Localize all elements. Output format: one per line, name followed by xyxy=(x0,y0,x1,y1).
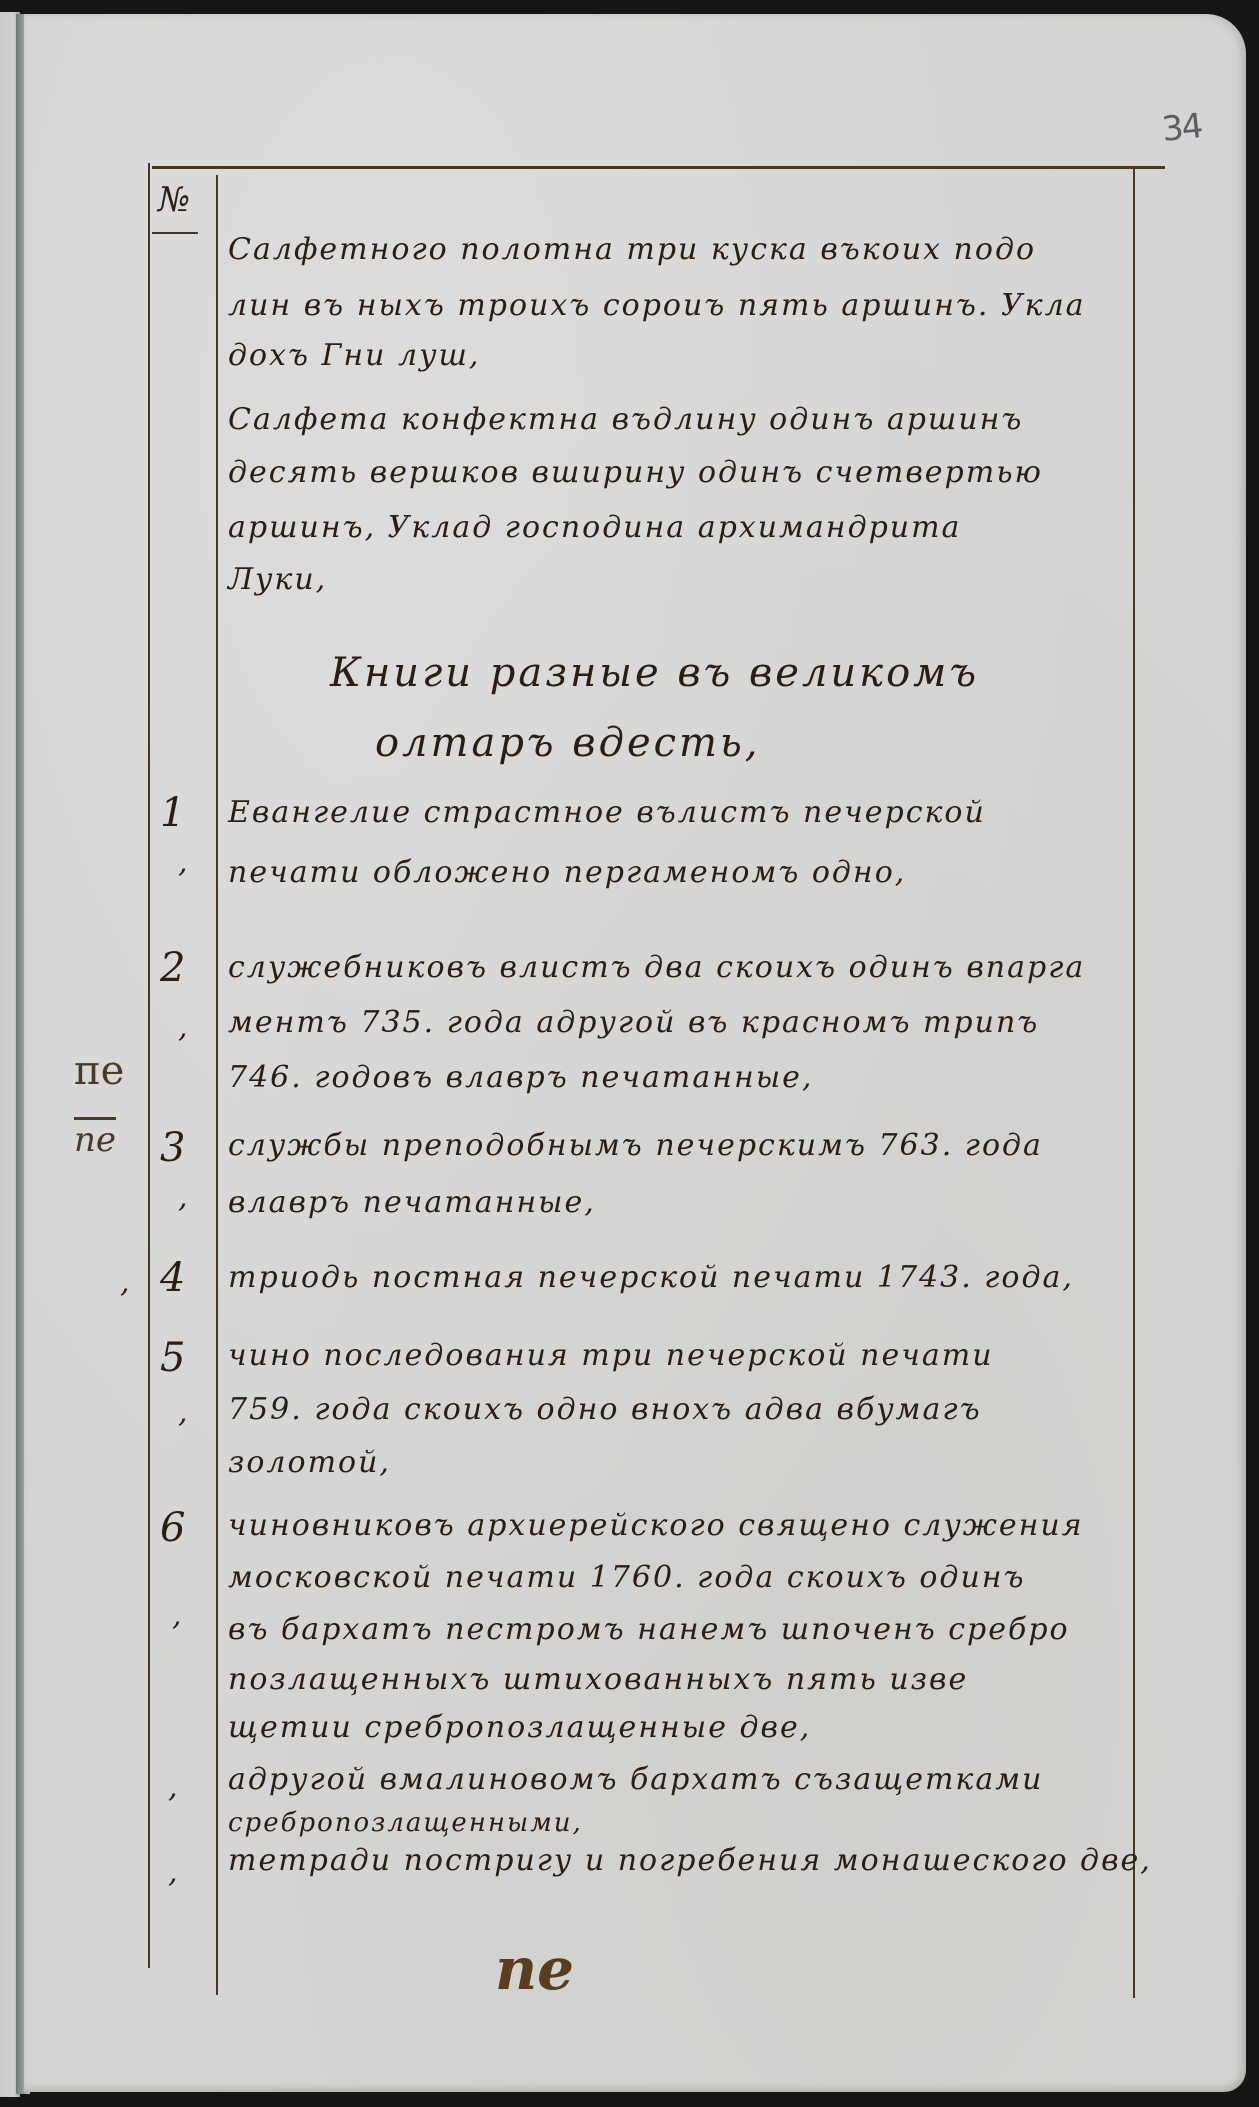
item-number: 1 xyxy=(160,790,185,836)
item-line: адругой вмалиновомъ бархатъ съзащетками xyxy=(228,1762,1043,1797)
entry-line: аршинъ, Уклад господина архимандрита xyxy=(228,510,961,545)
item-line: службы преподобнымъ печерскимъ 763. года xyxy=(228,1128,1043,1163)
comma-mark: , xyxy=(178,1010,188,1045)
comma-mark: , xyxy=(178,1395,188,1430)
item-line: чино последования три печерской печати xyxy=(228,1338,994,1373)
item-line: въ бархатъ пестромъ нанемъ шпоченъ сребр… xyxy=(228,1612,1070,1647)
item-line: ментъ 735. года адругой въ красномъ трип… xyxy=(228,1005,1039,1040)
entry-line: Луки, xyxy=(228,562,327,597)
item-number: 2 xyxy=(160,945,185,991)
entry-line: Салфетного полотна три куска въкоих подо xyxy=(228,232,1036,267)
comma-mark: , xyxy=(178,845,188,880)
entry-line: Салфета конфектна въдлину одинъ аршинъ xyxy=(228,402,1023,437)
margin-note: пе xyxy=(74,1048,124,1094)
comma-mark: , xyxy=(178,1180,188,1215)
item-number: 3 xyxy=(160,1125,185,1171)
entry-line: дохъ Гни луш, xyxy=(228,338,480,373)
entry-line: лин въ ныхъ троихъ сороиъ пять аршинъ. У… xyxy=(228,288,1086,323)
item-line: щетии сребропозлащенные две, xyxy=(228,1710,811,1745)
item-line: чиновниковъ архиерейского священо служен… xyxy=(228,1508,1084,1543)
item-line: тетради постригу и погребения монашеског… xyxy=(228,1843,1152,1878)
table-top-rule xyxy=(152,166,1165,169)
item-line: триодь постная печерской печати 1743. го… xyxy=(228,1260,1074,1295)
item-line: 759. года скоихъ одно внохъ адва вбумагъ xyxy=(228,1392,982,1427)
item-number: 6 xyxy=(160,1505,185,1551)
item-line: московской печати 1760. года скоихъ один… xyxy=(228,1560,1026,1595)
item-number: 5 xyxy=(160,1335,185,1381)
margin-note: пе xyxy=(74,1120,116,1160)
comma-mark: , xyxy=(120,1265,130,1300)
item-line: 746. годовъ влавръ печатанные, xyxy=(228,1060,813,1095)
item-line: сребропозлащенными, xyxy=(228,1808,583,1838)
entry-line: десять вершков вширину одинъ счетвертью xyxy=(228,455,1043,490)
right-margin-rule xyxy=(1133,168,1135,1998)
item-number: 4 xyxy=(160,1255,185,1301)
page-signature-mark: пе xyxy=(495,1935,574,2003)
item-line: золотой, xyxy=(228,1445,391,1480)
comma-mark: , xyxy=(168,1855,178,1890)
number-column-rule xyxy=(216,175,218,1995)
item-line: Евангелие страстное вълистъ печерской xyxy=(228,795,986,830)
item-line: влавръ печатанные, xyxy=(228,1185,596,1220)
item-line: печати обложено пергаменомъ одно, xyxy=(228,855,906,890)
left-margin-rule xyxy=(148,163,150,1968)
section-heading-line1: Книги разные въ великомъ xyxy=(330,650,979,696)
column-header-number-sign: № xyxy=(158,180,190,220)
item-line: позлащенныхъ штихованныхъ пять изве xyxy=(228,1662,968,1697)
comma-mark: , xyxy=(168,1770,178,1805)
item-line: служебниковъ влистъ два скоихъ одинъ впа… xyxy=(228,950,1085,985)
folio-number: 34 xyxy=(1160,106,1203,150)
comma-mark: , xyxy=(172,1598,182,1633)
header-underline xyxy=(152,232,198,234)
section-heading-line2: олтаръ вдесть, xyxy=(375,720,760,766)
